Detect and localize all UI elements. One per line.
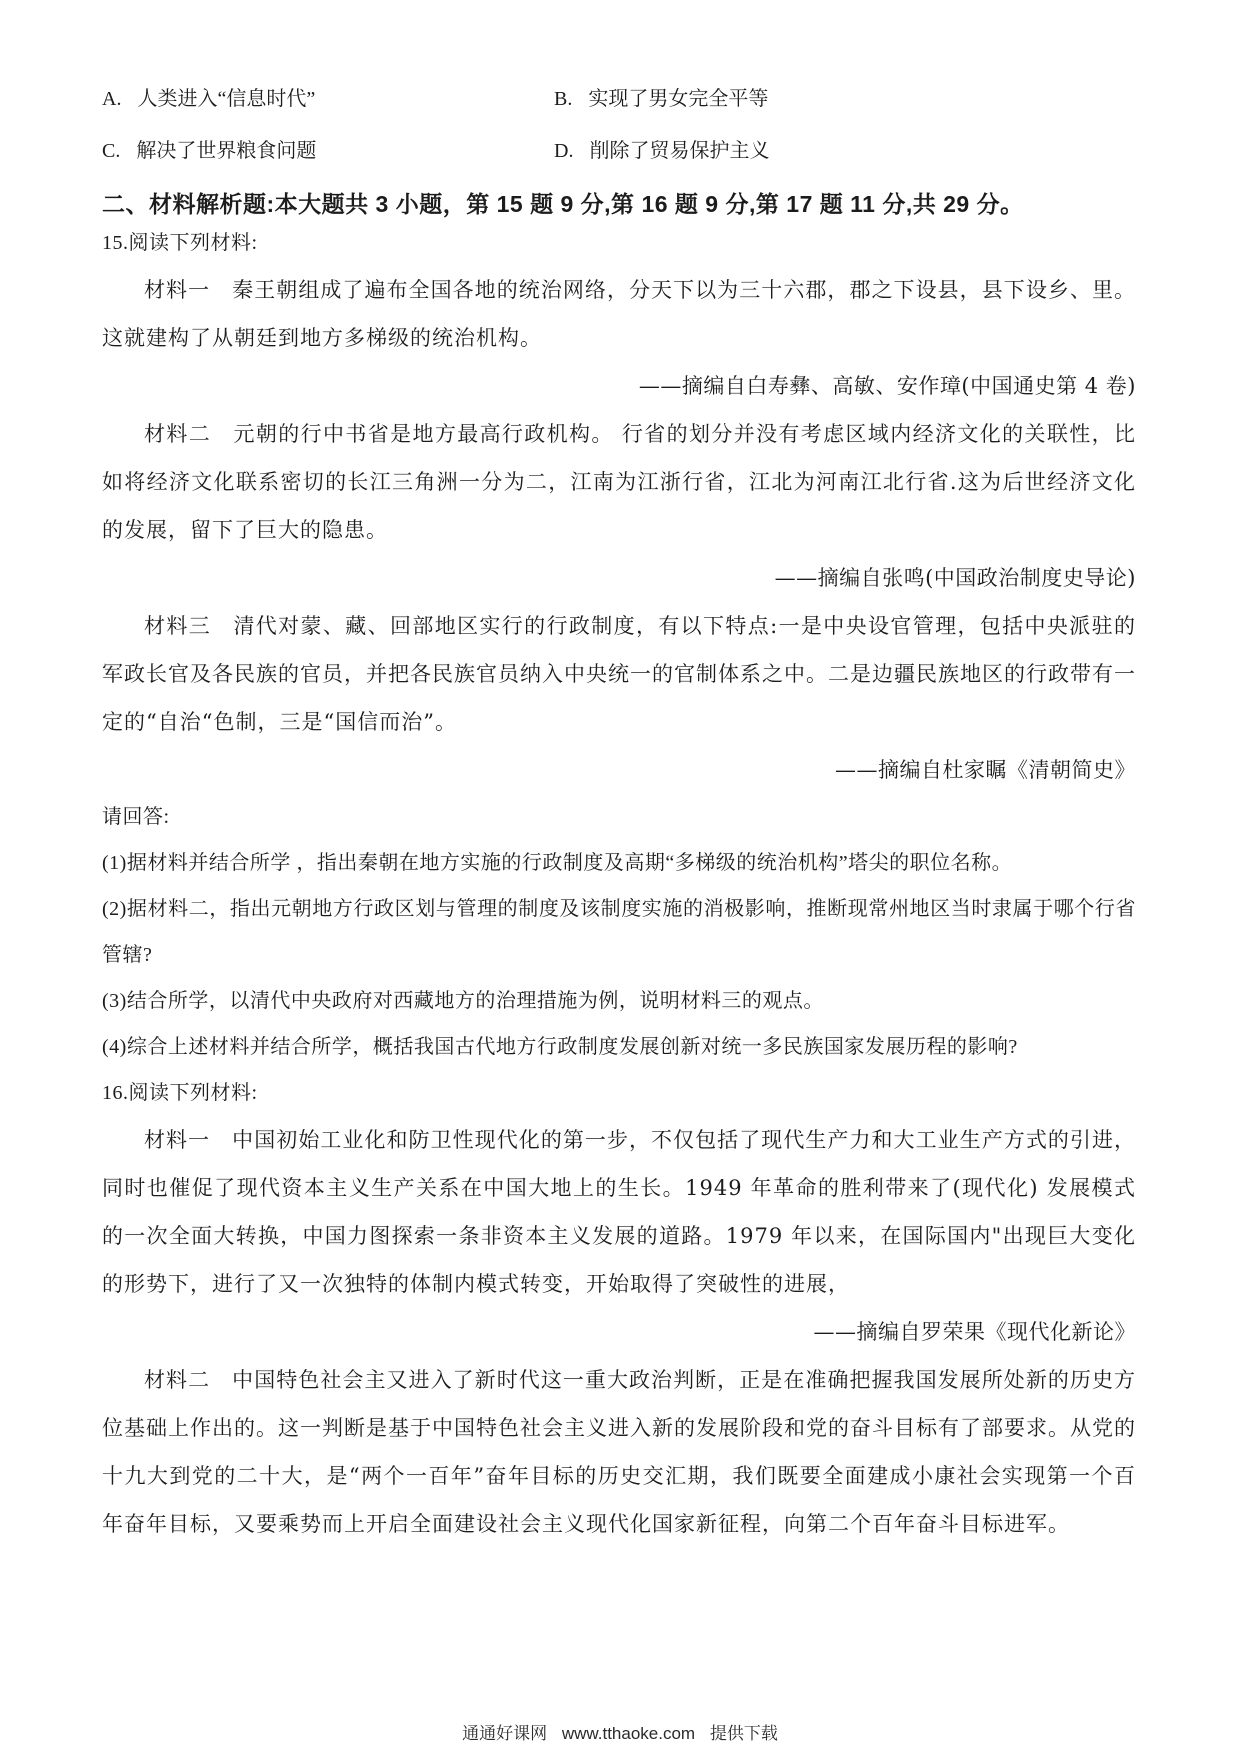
q15-material-3-source: ——摘编自杜家瞩《清朝简史》	[102, 746, 1136, 794]
q15-sub-question-2: (2)据材料二，指出元朝地方行政区划与管理的制度及该制度实施的消极影响，推断现常…	[102, 886, 1136, 978]
option-a-label: A.	[102, 84, 121, 114]
option-b: B. 实现了男女完全平等	[554, 84, 1136, 114]
option-d-text: 削除了贸易保护主义	[589, 136, 1136, 166]
q15-material-3: 材料三 清代对蒙、藏、回部地区实行的行政制度，有以下特点:一是中央设官管理，包括…	[102, 602, 1136, 746]
q15-material-1-source: ——摘编自白寿彝、高敏、安作璋(中国通史第 4 卷)	[102, 362, 1136, 410]
q15-sub-question-1: (1)据材料并结合所学 ，指出秦朝在地方实施的行政制度及高期“多梯级的统治机构”…	[102, 840, 1136, 886]
options-block: A. 人类进入“信息时代” B. 实现了男女完全平等 C. 解决了世界粮食问题 …	[102, 84, 1136, 166]
option-c: C. 解决了世界粮食问题	[102, 136, 554, 166]
q15-material-2: 材料二 元朝的行中书省是地方最高行政机构。 行省的划分并没有考虑区域内经济文化的…	[102, 410, 1136, 554]
footer-suffix: 提供下载	[710, 1724, 778, 1743]
option-c-text: 解决了世界粮食问题	[136, 136, 554, 166]
q16-material-2: 材料二 中国特色社会主又进入了新时代这一重大政治判断，正是在准确把握我国发展所处…	[102, 1356, 1136, 1548]
option-c-label: C.	[102, 136, 120, 166]
question-15-intro: 15.阅读下列材料:	[102, 220, 1136, 266]
footer-site-name: 通通好课网	[462, 1724, 547, 1743]
footer: 通通好课网 www.tthaoke.com 提供下载	[0, 1719, 1240, 1744]
question-16-intro: 16.阅读下列材料:	[102, 1070, 1136, 1116]
q16-material-1: 材料一 中国初始工业化和防卫性现代化的第一步，不仅包括了现代生产力和大工业生产方…	[102, 1116, 1136, 1308]
option-b-text: 实现了男女完全平等	[588, 84, 1136, 114]
option-d: D. 削除了贸易保护主义	[554, 136, 1136, 166]
q15-material-1: 材料一 秦王朝组成了遍布全国各地的统治网络，分天下以为三十六郡，郡之下设县，县下…	[102, 266, 1136, 362]
q15-answer-prompt: 请回答:	[102, 794, 1136, 840]
option-d-label: D.	[554, 136, 573, 166]
q15-sub-question-3: (3)结合所学，以清代中央政府对西藏地方的治理措施为例，说明材料三的观点。	[102, 978, 1136, 1024]
footer-url: www.tthaoke.com	[562, 1724, 695, 1743]
q15-material-2-source: ——摘编自张鸣(中国政治制度史导论)	[102, 554, 1136, 602]
q15-sub-question-4: (4)综合上述材料并结合所学，概括我国古代地方行政制度发展创新对统一多民族国家发…	[102, 1024, 1136, 1070]
exam-page: A. 人类进入“信息时代” B. 实现了男女完全平等 C. 解决了世界粮食问题 …	[0, 0, 1240, 1754]
section-header: 二、材料解析题:本大题共 3 小题，第 15 题 9 分,第 16 题 9 分,…	[102, 188, 1136, 220]
option-a-text: 人类进入“信息时代”	[137, 84, 554, 114]
q16-material-1-source: ——摘编自罗荣果《现代化新论》	[102, 1308, 1136, 1356]
option-b-label: B.	[554, 84, 572, 114]
option-a: A. 人类进入“信息时代”	[102, 84, 554, 114]
